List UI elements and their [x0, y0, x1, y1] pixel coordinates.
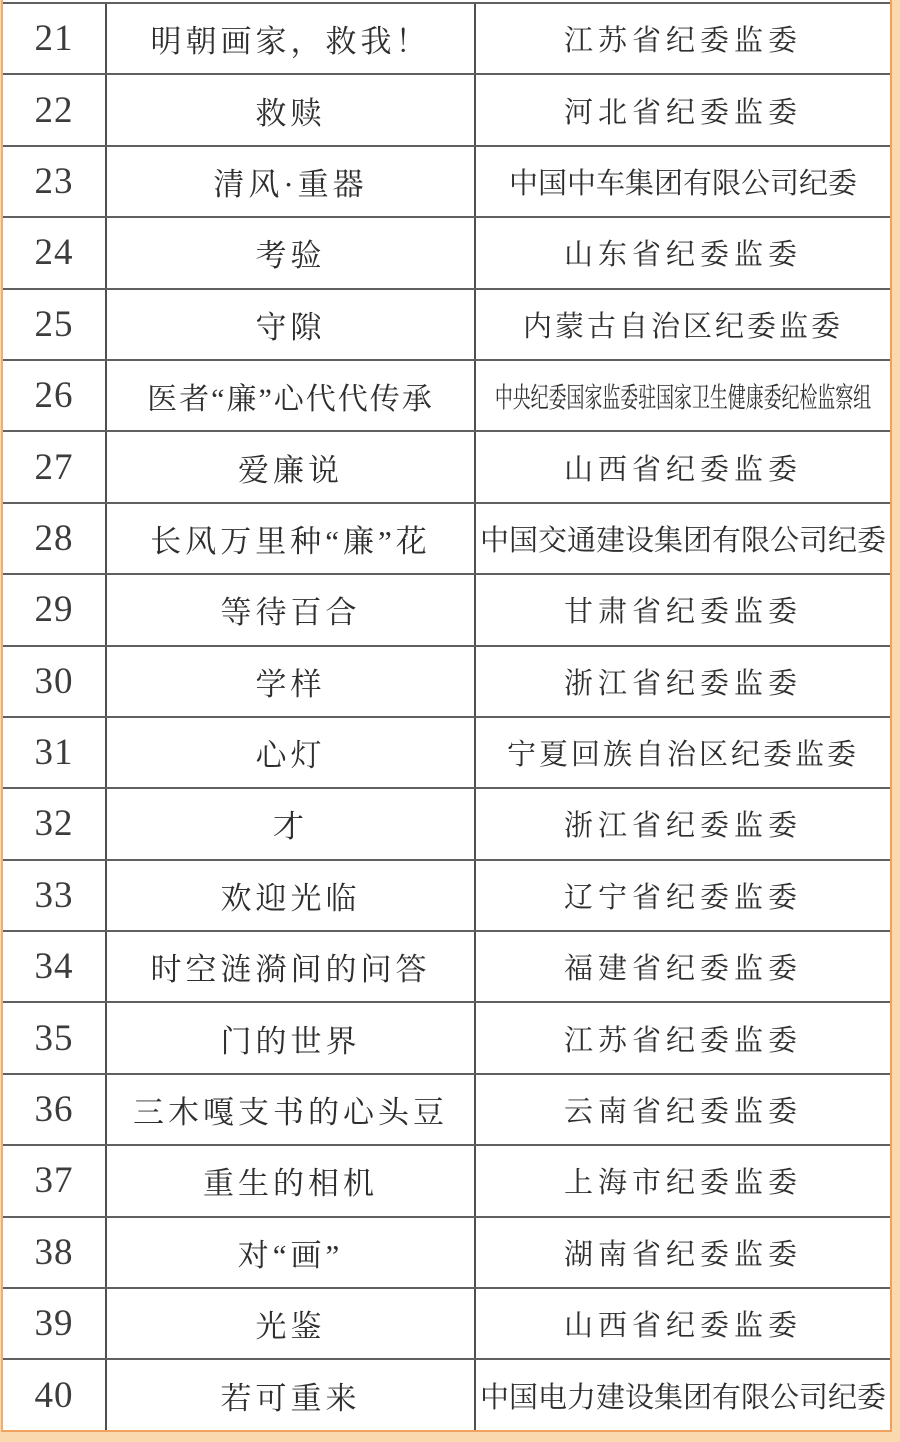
title-cell-text: 救赎 [256, 88, 326, 133]
row-number-cell: 40 [3, 1360, 107, 1429]
row-number-cell: 21 [3, 4, 107, 73]
title-cell: 重生的相机 [107, 1146, 476, 1215]
org-cell-text: 辽宁省纪委监委 [564, 875, 802, 916]
org-cell-text: 山东省纪委监委 [564, 232, 802, 273]
org-cell: 山西省纪委监委 [476, 1289, 890, 1358]
title-cell: 才 [107, 789, 476, 858]
table-row: 27爱廉说山西省纪委监委 [3, 430, 890, 501]
row-number-cell-text: 35 [35, 1017, 74, 1060]
org-cell: 浙江省纪委监委 [476, 789, 890, 858]
table-row: 37重生的相机上海市纪委监委 [3, 1144, 890, 1215]
org-cell: 上海市纪委监委 [476, 1146, 890, 1215]
title-cell-text: 三木嘎支书的心头豆 [133, 1087, 448, 1132]
title-cell-text: 长风万里种“廉”花 [150, 516, 431, 561]
title-cell-text: 若可重来 [221, 1373, 361, 1418]
org-cell-text: 福建省纪委监委 [564, 946, 802, 987]
title-cell: 门的世界 [107, 1003, 476, 1072]
row-number-cell: 26 [3, 361, 107, 430]
row-number-cell-text: 22 [35, 89, 74, 132]
title-cell: 考验 [107, 218, 476, 287]
title-cell: 欢迎光临 [107, 861, 476, 930]
title-cell-text: 学样 [256, 659, 326, 704]
row-number-cell-text: 26 [35, 374, 74, 417]
org-cell: 湖南省纪委监委 [476, 1218, 890, 1287]
row-number-cell: 28 [3, 504, 107, 573]
org-cell-text: 内蒙古自治区纪委监委 [523, 304, 843, 345]
org-cell: 中央纪委国家监委驻国家卫生健康委纪检监察组 [476, 361, 890, 430]
org-cell: 江苏省纪委监委 [476, 4, 890, 73]
org-cell: 中国电力建设集团有限公司纪委 [476, 1360, 890, 1429]
title-cell-text: 医者“廉”心代代传承 [147, 374, 434, 418]
row-number-cell: 30 [3, 647, 107, 716]
title-cell-text: 心灯 [256, 730, 326, 775]
org-cell-text: 江苏省纪委监委 [564, 18, 802, 59]
title-cell-text: 爱廉说 [238, 445, 343, 490]
title-cell-text: 才 [273, 801, 308, 846]
org-cell-text: 宁夏回族自治区纪委监委 [507, 732, 859, 773]
org-cell: 辽宁省纪委监委 [476, 861, 890, 930]
row-number-cell: 27 [3, 432, 107, 501]
org-cell: 中国交通建设集团有限公司纪委 [476, 504, 890, 573]
row-number-cell: 29 [3, 575, 107, 644]
row-number-cell-text: 28 [35, 517, 74, 560]
table-row: 31心灯宁夏回族自治区纪委监委 [3, 716, 890, 787]
title-cell-text: 门的世界 [221, 1016, 361, 1061]
row-number-cell-text: 27 [35, 446, 74, 489]
row-number-cell: 37 [3, 1146, 107, 1215]
title-cell-text: 欢迎光临 [221, 873, 361, 918]
row-number-cell-text: 38 [35, 1231, 74, 1274]
table-row: 33欢迎光临辽宁省纪委监委 [3, 859, 890, 930]
title-cell: 若可重来 [107, 1360, 476, 1429]
title-cell: 学样 [107, 647, 476, 716]
page-frame: 21明朝画家，救我！江苏省纪委监委22救赎河北省纪委监委23清风·重器中国中车集… [0, 0, 900, 1442]
row-number-cell: 38 [3, 1218, 107, 1287]
row-number-cell: 23 [3, 147, 107, 216]
org-cell-text: 中国电力建设集团有限公司纪委 [480, 1375, 886, 1416]
title-cell: 救赎 [107, 75, 476, 144]
table-row: 32才浙江省纪委监委 [3, 787, 890, 858]
org-cell-text: 甘肃省纪委监委 [564, 589, 802, 630]
org-cell-text: 河北省纪委监委 [564, 90, 802, 131]
row-number-cell-text: 36 [35, 1088, 74, 1131]
org-cell-text: 云南省纪委监委 [564, 1089, 802, 1130]
row-number-cell: 33 [3, 861, 107, 930]
awards-table: 21明朝画家，救我！江苏省纪委监委22救赎河北省纪委监委23清风·重器中国中车集… [3, 0, 890, 1430]
table-row: 34时空涟漪间的问答福建省纪委监委 [3, 930, 890, 1001]
title-cell: 光鉴 [107, 1289, 476, 1358]
org-cell: 甘肃省纪委监委 [476, 575, 890, 644]
title-cell: 爱廉说 [107, 432, 476, 501]
row-number-cell: 24 [3, 218, 107, 287]
org-cell: 江苏省纪委监委 [476, 1003, 890, 1072]
title-cell: 等待百合 [107, 575, 476, 644]
row-number-cell-text: 31 [35, 731, 74, 774]
table-row: 26医者“廉”心代代传承中央纪委国家监委驻国家卫生健康委纪检监察组 [3, 359, 890, 430]
row-number-cell: 32 [3, 789, 107, 858]
row-number-cell-text: 24 [35, 231, 74, 274]
table-row: 30学样浙江省纪委监委 [3, 645, 890, 716]
org-cell-text: 中央纪委国家监委驻国家卫生健康委纪检监察组 [495, 376, 871, 416]
title-cell: 明朝画家，救我！ [107, 4, 476, 73]
title-cell: 对“画” [107, 1218, 476, 1287]
row-number-cell-text: 25 [35, 303, 74, 346]
row-number-cell-text: 34 [35, 945, 74, 988]
row-number-cell-text: 32 [35, 802, 74, 845]
row-number-cell: 31 [3, 718, 107, 787]
title-cell: 清风·重器 [107, 147, 476, 216]
org-cell: 云南省纪委监委 [476, 1075, 890, 1144]
org-cell-text: 山西省纪委监委 [564, 447, 802, 488]
org-cell-text: 浙江省纪委监委 [564, 661, 802, 702]
title-cell: 长风万里种“廉”花 [107, 504, 476, 573]
org-cell: 山西省纪委监委 [476, 432, 890, 501]
org-cell: 浙江省纪委监委 [476, 647, 890, 716]
table-row: 35门的世界江苏省纪委监委 [3, 1001, 890, 1072]
table-row: 40若可重来中国电力建设集团有限公司纪委 [3, 1358, 890, 1429]
org-cell: 福建省纪委监委 [476, 932, 890, 1001]
title-cell: 心灯 [107, 718, 476, 787]
table-row: 29等待百合甘肃省纪委监委 [3, 573, 890, 644]
title-cell: 守隙 [107, 290, 476, 359]
title-cell: 医者“廉”心代代传承 [107, 361, 476, 430]
row-number-cell-text: 37 [35, 1159, 74, 1202]
org-cell: 内蒙古自治区纪委监委 [476, 290, 890, 359]
org-cell-text: 山西省纪委监委 [564, 1303, 802, 1344]
table-row: 25守隙内蒙古自治区纪委监委 [3, 288, 890, 359]
title-cell: 三木嘎支书的心头豆 [107, 1075, 476, 1144]
title-cell-text: 等待百合 [221, 587, 361, 632]
row-number-cell-text: 23 [35, 160, 74, 203]
row-number-cell-text: 21 [35, 17, 74, 60]
title-cell-text: 时空涟漪间的问答 [151, 944, 431, 989]
table-row: 24考验山东省纪委监委 [3, 216, 890, 287]
org-cell-text: 上海市纪委监委 [564, 1160, 802, 1201]
table-row: 36三木嘎支书的心头豆云南省纪委监委 [3, 1073, 890, 1144]
row-number-cell: 39 [3, 1289, 107, 1358]
title-cell-text: 重生的相机 [203, 1158, 378, 1203]
row-number-cell: 34 [3, 932, 107, 1001]
org-cell-text: 浙江省纪委监委 [564, 803, 802, 844]
table-row: 22救赎河北省纪委监委 [3, 73, 890, 144]
page-content: 21明朝画家，救我！江苏省纪委监委22救赎河北省纪委监委23清风·重器中国中车集… [1, 0, 892, 1432]
row-number-cell: 25 [3, 290, 107, 359]
title-cell-text: 考验 [256, 230, 326, 275]
org-cell: 河北省纪委监委 [476, 75, 890, 144]
title-cell: 时空涟漪间的问答 [107, 932, 476, 1001]
table-row: 39光鉴山西省纪委监委 [3, 1287, 890, 1358]
title-cell-text: 清风·重器 [213, 159, 367, 204]
org-cell: 中国中车集团有限公司纪委 [476, 147, 890, 216]
row-number-cell-text: 30 [35, 660, 74, 703]
title-cell-text: 光鉴 [256, 1301, 326, 1346]
row-number-cell-text: 29 [35, 588, 74, 631]
org-cell: 宁夏回族自治区纪委监委 [476, 718, 890, 787]
org-cell-text: 中国中车集团有限公司纪委 [509, 161, 857, 202]
row-number-cell-text: 40 [35, 1374, 74, 1417]
table-row: 38对“画”湖南省纪委监委 [3, 1216, 890, 1287]
org-cell-text: 中国交通建设集团有限公司纪委 [480, 518, 886, 559]
row-number-cell-text: 33 [35, 874, 74, 917]
title-cell-text: 对“画” [238, 1230, 344, 1275]
table-row: 21明朝画家，救我！江苏省纪委监委 [3, 2, 890, 73]
row-number-cell-text: 39 [35, 1302, 74, 1345]
title-cell-text: 明朝画家，救我！ [151, 16, 431, 61]
title-cell-text: 守隙 [256, 302, 326, 347]
table-row: 23清风·重器中国中车集团有限公司纪委 [3, 145, 890, 216]
row-number-cell: 35 [3, 1003, 107, 1072]
org-cell: 山东省纪委监委 [476, 218, 890, 287]
table-row: 28长风万里种“廉”花中国交通建设集团有限公司纪委 [3, 502, 890, 573]
org-cell-text: 湖南省纪委监委 [564, 1232, 802, 1273]
row-number-cell: 36 [3, 1075, 107, 1144]
row-number-cell: 22 [3, 75, 107, 144]
org-cell-text: 江苏省纪委监委 [564, 1018, 802, 1059]
